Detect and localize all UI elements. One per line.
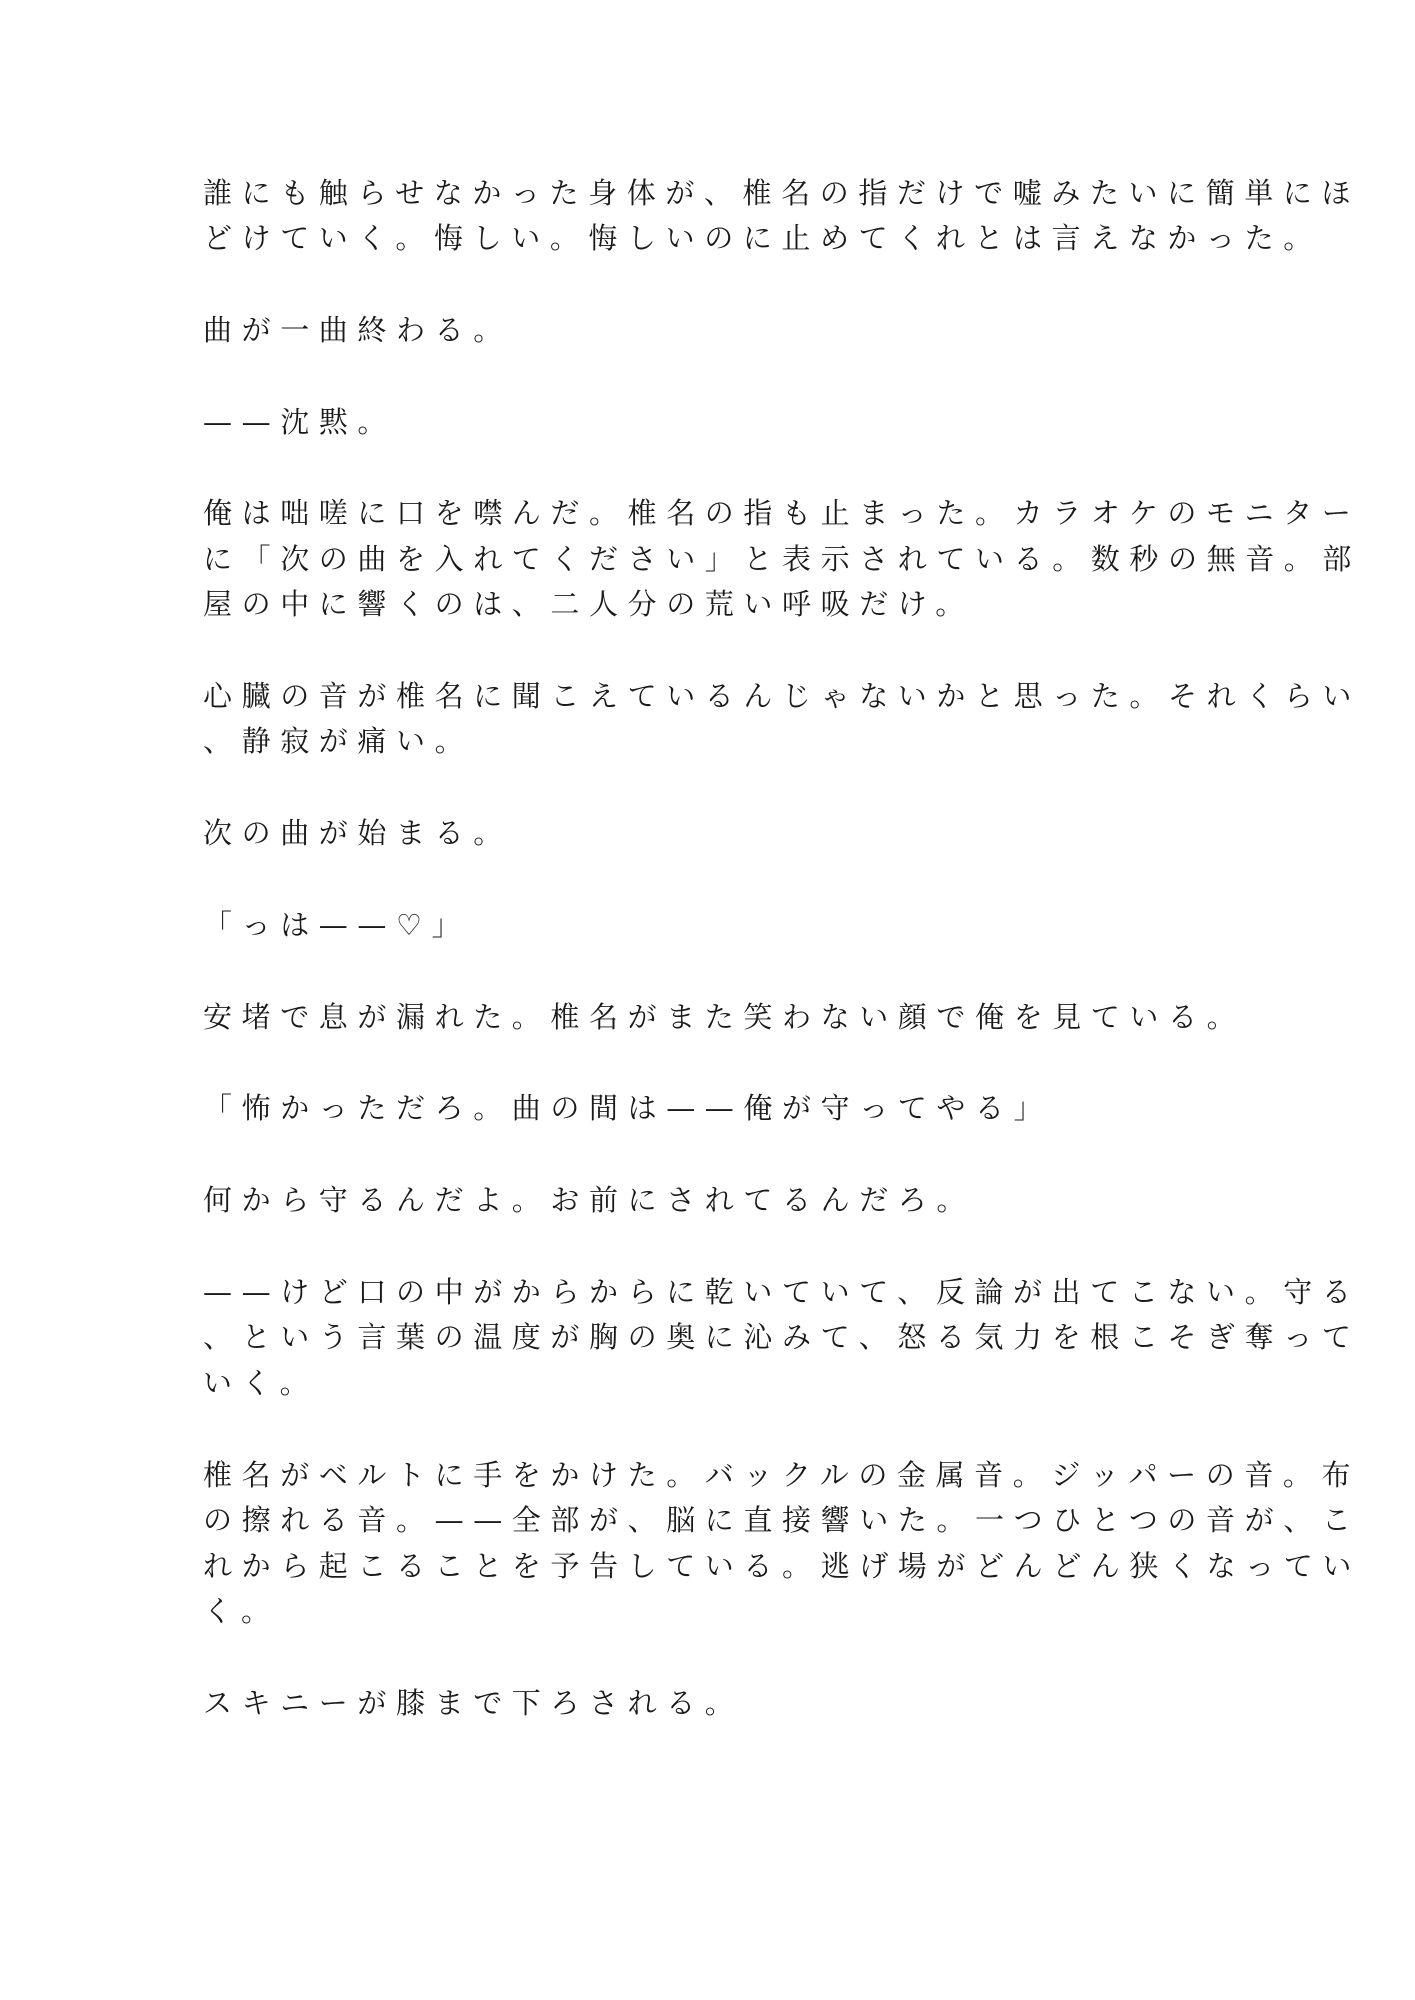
text-line: 、という言葉の温度が胸の奥に沁みて、怒る気力を根こそぎ奪って — [203, 1315, 1360, 1359]
text-line: に「次の曲を入れてください」と表示されている。数秒の無音。部 — [203, 537, 1361, 581]
text-line: 心臓の音が椎名に聞こえているんじゃないかと思った。それくらい — [203, 674, 1361, 718]
dialogue-line: 「っは——♡」 — [203, 903, 470, 947]
text-line: どけていく。悔しい。悔しいのに止めてくれとは言えなかった。 — [203, 216, 1322, 260]
text-line: 、静寂が痛い。 — [203, 719, 473, 763]
text-line: 安堵で息が漏れた。椎名がまた笑わない顔で俺を見ている。 — [203, 995, 1245, 1039]
text-line: 俺は咄嗟に口を噤んだ。椎名の指も止まった。カラオケのモニター — [203, 491, 1360, 535]
text-line: ——沈黙。 — [203, 400, 396, 444]
text-line: れから起こることを予告している。逃げ場がどんどん狭くなってい — [203, 1544, 1361, 1588]
text-line: 屋の中に響くのは、二人分の荒い呼吸だけ。 — [203, 582, 974, 626]
text-line: の擦れる音。——全部が、脳に直接響いた。一つひとつの音が、こ — [203, 1498, 1360, 1542]
text-line: 誰にも触らせなかった身体が、椎名の指だけで嘘みたいに簡単にほ — [203, 171, 1360, 215]
text-line: 曲が一曲終わる。 — [203, 308, 512, 352]
dialogue-line: 「怖かっただろ。曲の間は——俺が守ってやる」 — [203, 1086, 1052, 1130]
text-line: 何から守るんだよ。お前にされてるんだろ。 — [203, 1178, 975, 1222]
text-line: いく。 — [203, 1361, 318, 1405]
text-line: 椎名がベルトに手をかけた。バックルの金属音。ジッパーの音。布 — [203, 1453, 1360, 1497]
document-page: 誰にも触らせなかった身体が、椎名の指だけで嘘みたいに簡単にほ どけていく。悔しい… — [0, 0, 1415, 2000]
text-line: スキニーが膝まで下ろされる。 — [203, 1681, 743, 1725]
text-line: 次の曲が始まる。 — [203, 811, 512, 855]
text-line: く。 — [203, 1589, 280, 1633]
text-line: ——けど口の中がからからに乾いていて、反論が出てこない。守る — [203, 1270, 1360, 1314]
